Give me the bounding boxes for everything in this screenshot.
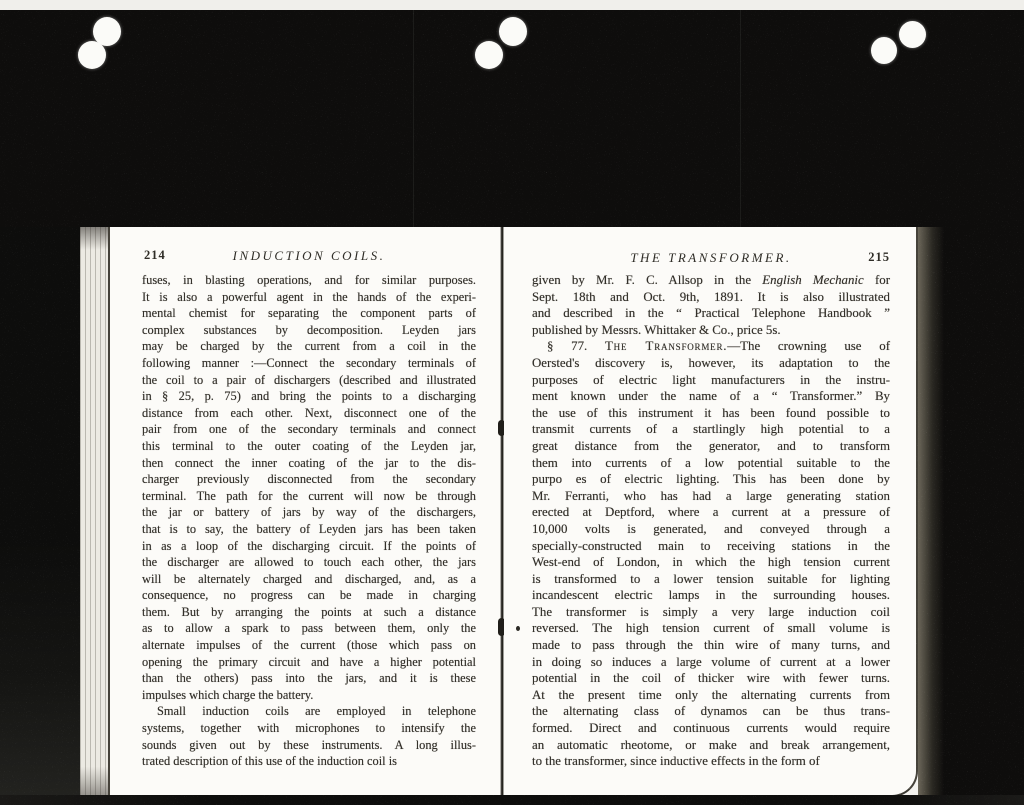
text-line: transmit currents of a startlingly high … — [532, 421, 890, 438]
punch-hole — [78, 41, 106, 69]
text-line: 10,000 volts is generated, and conveyed … — [532, 521, 890, 538]
text-line: specially-constructed main to receiving … — [532, 538, 890, 555]
text-line: systems, together with microphones to in… — [142, 720, 476, 737]
text-line: pair from one of the secondary terminals… — [142, 421, 476, 438]
text-line: may be charged by the current from a coi… — [142, 338, 476, 355]
scan-crease-line — [413, 10, 414, 227]
text-line: Sept. 18th and Oct. 9th, 1891. It is als… — [532, 289, 890, 306]
text-line: than the others) pass into the jars, and… — [142, 670, 476, 687]
running-head-right: THE TRANSFORMER. — [532, 250, 890, 266]
text-line: Oersted's discovery is, however, its ada… — [532, 355, 890, 372]
text-line: impulses which charge the battery. — [142, 687, 476, 704]
text-line: mental chemist for separating the compon… — [142, 305, 476, 322]
text-line: made to pass through the thin wire of ma… — [532, 637, 890, 654]
ink-speck — [516, 626, 520, 631]
punch-hole — [499, 17, 527, 46]
text-line: distance from each other. Next, disconne… — [142, 405, 476, 422]
text-line: terminal. The path for the current will … — [142, 488, 476, 505]
punch-hole — [475, 41, 503, 69]
text-line: published by Messrs. Whittaker & Co., pr… — [532, 322, 890, 339]
text-line: in § 25, p. 75) and bring the points to … — [142, 388, 476, 405]
text-line: potential in the coil of thicker wire wi… — [532, 670, 890, 687]
text-line: charger previously disconnected from the… — [142, 471, 476, 488]
text-line: an automatic rheotome, or make and break… — [532, 737, 890, 754]
text-line: is transformed to a lower tension suitab… — [532, 571, 890, 588]
text-line: the jar or battery of jars by way of the… — [142, 504, 476, 521]
punch-hole — [899, 21, 926, 48]
text-line: great distance from the generator, and t… — [532, 438, 890, 455]
text-line: Small induction coils are employed in te… — [142, 703, 476, 720]
text-line: will be alternately charged and discharg… — [142, 571, 476, 588]
text-line: ment known under the name of a “ Transfo… — [532, 388, 890, 405]
running-head-left: INDUCTION COILS. — [142, 248, 476, 264]
text-line: the alternating class of dynamos can be … — [532, 703, 890, 720]
scan-right-grain — [918, 227, 944, 795]
paragraph: fuses, in blasting operations, and for s… — [142, 272, 476, 703]
page-number-right: 215 — [868, 250, 890, 265]
scan-crease-line — [740, 10, 741, 227]
text-line: to the transformer, since inductive effe… — [532, 753, 890, 770]
paragraph: given by Mr. F. C. Allsop in the English… — [532, 272, 890, 338]
text-line: the use of this instrument it has been f… — [532, 405, 890, 422]
text-line: then connect the inner coating of the ja… — [142, 455, 476, 472]
text-line: Mr. Ferranti, who has had a large genera… — [532, 488, 890, 505]
scan-bottom-edge — [0, 795, 1024, 805]
text-line: following manner :—Connect the secondary… — [142, 355, 476, 372]
text-line: alternate impulses of the current (those… — [142, 637, 476, 654]
text-line: incandescent electric lamps in the surro… — [532, 587, 890, 604]
text-line: in doing so induces a large volume of cu… — [532, 654, 890, 671]
text-line: sounds given out by these instruments. A… — [142, 737, 476, 754]
text-line: the discharger are allowed to touch each… — [142, 554, 476, 571]
page-body-left: fuses, in blasting operations, and for s… — [142, 272, 476, 770]
paragraph: § 77. The Transformer.—The crowning use … — [532, 338, 890, 769]
scan-right-margin — [944, 227, 1024, 795]
text-line: this terminal to the outer coating of th… — [142, 438, 476, 455]
text-line: them into currents of a low potential su… — [532, 455, 890, 472]
text-line: purposes of electric light manufacturers… — [532, 372, 890, 389]
text-line: formed. Direct and continuous currents w… — [532, 720, 890, 737]
text-line: fuses, in blasting operations, and for s… — [142, 272, 476, 289]
text-line: complex substances by decomposition. Ley… — [142, 322, 476, 339]
running-head-row-left: 214 INDUCTION COILS. — [142, 248, 476, 266]
text-line: given by Mr. F. C. Allsop in the English… — [532, 272, 890, 289]
text-line: consequence, no progress can be made in … — [142, 587, 476, 604]
text-line: The transformer is simply a very large i… — [532, 604, 890, 621]
text-line: the coil to a pair of dischargers (descr… — [142, 372, 476, 389]
text-line: At the present time only the alternating… — [532, 687, 890, 704]
text-line: in as a loop of the discharging circuit.… — [142, 538, 476, 555]
text-line: erected at Deptford, where a current at … — [532, 504, 890, 521]
text-line: purpo es of electric lighting. This has … — [532, 471, 890, 488]
page-body-right: given by Mr. F. C. Allsop in the English… — [532, 272, 890, 770]
running-head-row-right: THE TRANSFORMER. 215 — [532, 250, 890, 268]
text-line: § 77. The Transformer.—The crowning use … — [532, 338, 890, 355]
text-line: trated description of this use of the in… — [142, 753, 476, 770]
scan-left-margin — [0, 227, 80, 795]
book-page-edges — [80, 227, 110, 795]
text-line: West-end of London, in which the high te… — [532, 554, 890, 571]
text-line: them. But by arranging the points at suc… — [142, 604, 476, 621]
text-line: opening the primary circuit and have a h… — [142, 654, 476, 671]
text-line: reversed. The high tension current of sm… — [532, 620, 890, 637]
punch-hole — [871, 37, 897, 64]
text-line: that is to say, the battery of Leyden ja… — [142, 521, 476, 538]
text-line: It is also a powerful agent in the hands… — [142, 289, 476, 306]
text-line: as to allow a spark to pass between them… — [142, 620, 476, 637]
page-number-left: 214 — [144, 248, 166, 263]
text-line: and described in the “ Practical Telepho… — [532, 305, 890, 322]
paragraph: Small induction coils are employed in te… — [142, 703, 476, 769]
scanned-book-spread: 214 INDUCTION COILS. fuses, in blasting … — [0, 0, 1024, 805]
